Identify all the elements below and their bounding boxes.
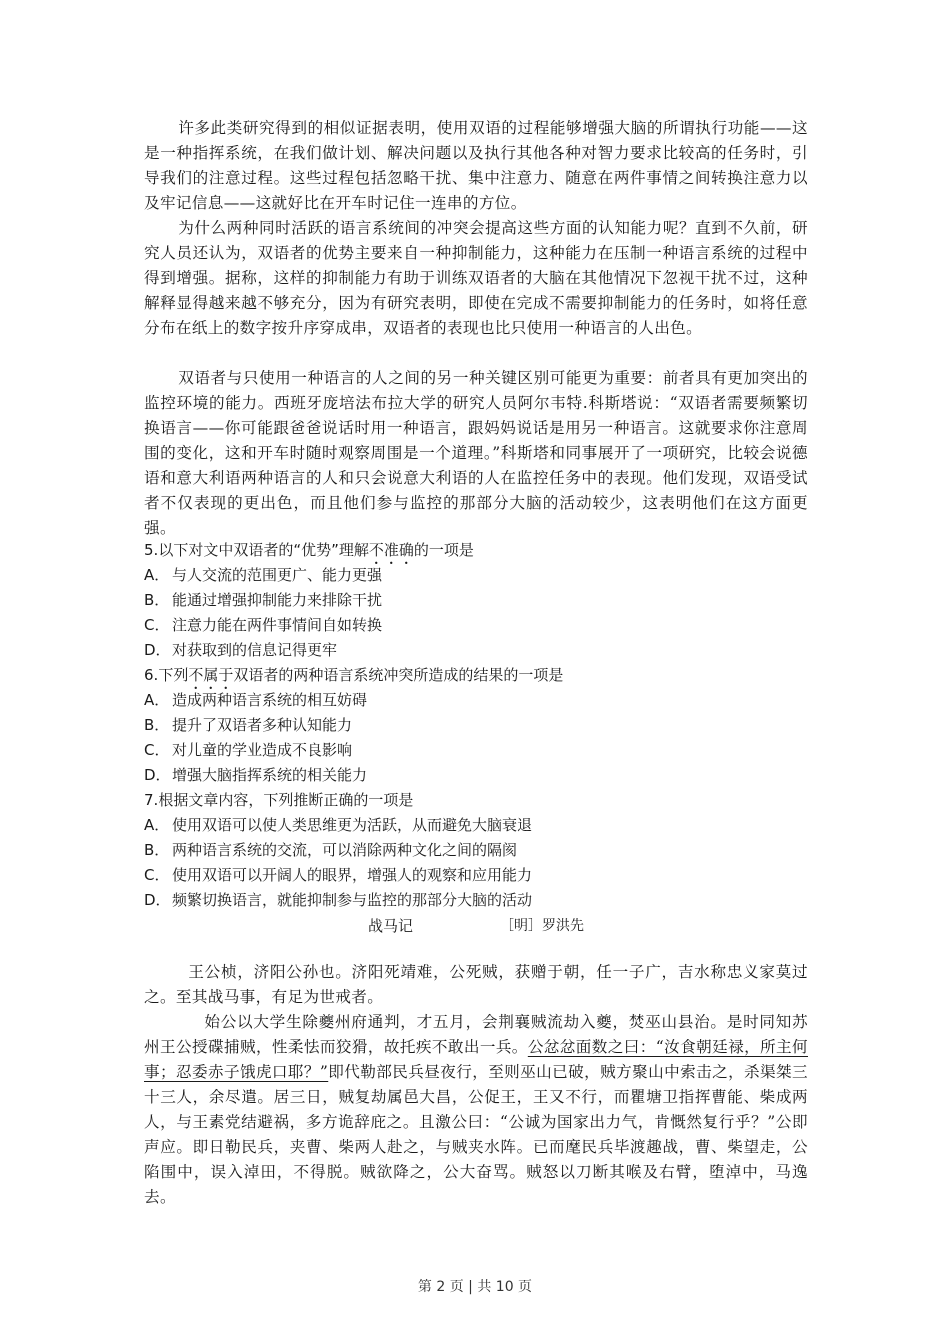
emphasized-text: 不属于 [188,666,233,684]
passage-paragraph-1: 许多此类研究得到的相似证据表明，使用双语的过程能够增强大脑的所谓执行功能——这是… [144,116,808,216]
question-7-option-d: D．频繁切换语言，就能抑制参与监控的那部分大脑的活动 [144,888,532,913]
paragraph-text: 王公桢，济阳公孙也。济阳死靖难，公死贼，获赠于朝，任一子广，吉水称忠义家莫过之。… [144,963,808,1006]
question-5-option-d: D．对获取到的信息记得更牢 [144,638,337,663]
question-6-option-a: A．造成两种语言系统的相互妨碍 [144,688,367,713]
classical-title: 战马记 [368,914,413,938]
question-5-option-b: B．能通过增强抑制能力来排除干扰 [144,588,382,613]
classical-paragraph-2: 始公以大学生除夔州府通判，才五月，会荆襄贼流劫入夔，焚巫山县治。是时同知苏州王公… [144,1010,808,1210]
question-6-option-c: C．对儿童的学业造成不良影响 [144,738,352,763]
page-footer: 第 2 页 | 共 10 页 [0,1276,950,1296]
passage-paragraph-2: 为什么两种同时活跃的语言系统间的冲突会提高这些方面的认知能力呢？直到不久前，研究… [144,216,808,341]
paragraph-text: 即代勒部民兵昼夜行，至则巫山已破，贼方聚山中索击之，杀渠桀三十三人，余尽遣。居三… [144,1063,808,1206]
question-6-option-d: D．增强大脑指挥系统的相关能力 [144,763,367,788]
emphasized-text: 不准确 [369,541,414,559]
classical-author: ［明］罗洪先 [500,914,584,938]
question-6-option-b: B．提升了双语者多种认知能力 [144,713,352,738]
question-7-option-a: A．使用双语可以使人类思维更为活跃，从而避免大脑衰退 [144,813,532,838]
passage-paragraph-3: 双语者与只使用一种语言的人之间的另一种关键区别可能更为重要：前者具有更加突出的监… [144,366,808,541]
paragraph-text: 许多此类研究得到的相似证据表明，使用双语的过程能够增强大脑的所谓执行功能——这是… [144,119,808,212]
paragraph-text: 双语者与只使用一种语言的人之间的另一种关键区别可能更为重要：前者具有更加突出的监… [144,369,808,537]
paragraph-text: 为什么两种同时活跃的语言系统间的冲突会提高这些方面的认知能力呢？直到不久前，研究… [144,219,808,337]
question-5-option-a: A．与人交流的范围更广、能力更强 [144,563,382,588]
question-5-option-c: C．注意力能在两件事情间自如转换 [144,613,382,638]
question-7-option-b: B．两种语言系统的交流，可以消除两种文化之间的隔阂 [144,838,517,863]
classical-paragraph-1: 王公桢，济阳公孙也。济阳死靖难，公死贼，获赠于朝，任一子广，吉水称忠义家莫过之。… [144,960,808,1010]
question-7-stem: 7.根据文章内容，下列推断正确的一项是 [144,788,413,813]
question-7-option-c: C．使用双语可以开阔人的眼界，增强人的观察和应用能力 [144,863,532,888]
document-page: 许多此类研究得到的相似证据表明，使用双语的过程能够增强大脑的所谓执行功能——这是… [0,0,950,1344]
